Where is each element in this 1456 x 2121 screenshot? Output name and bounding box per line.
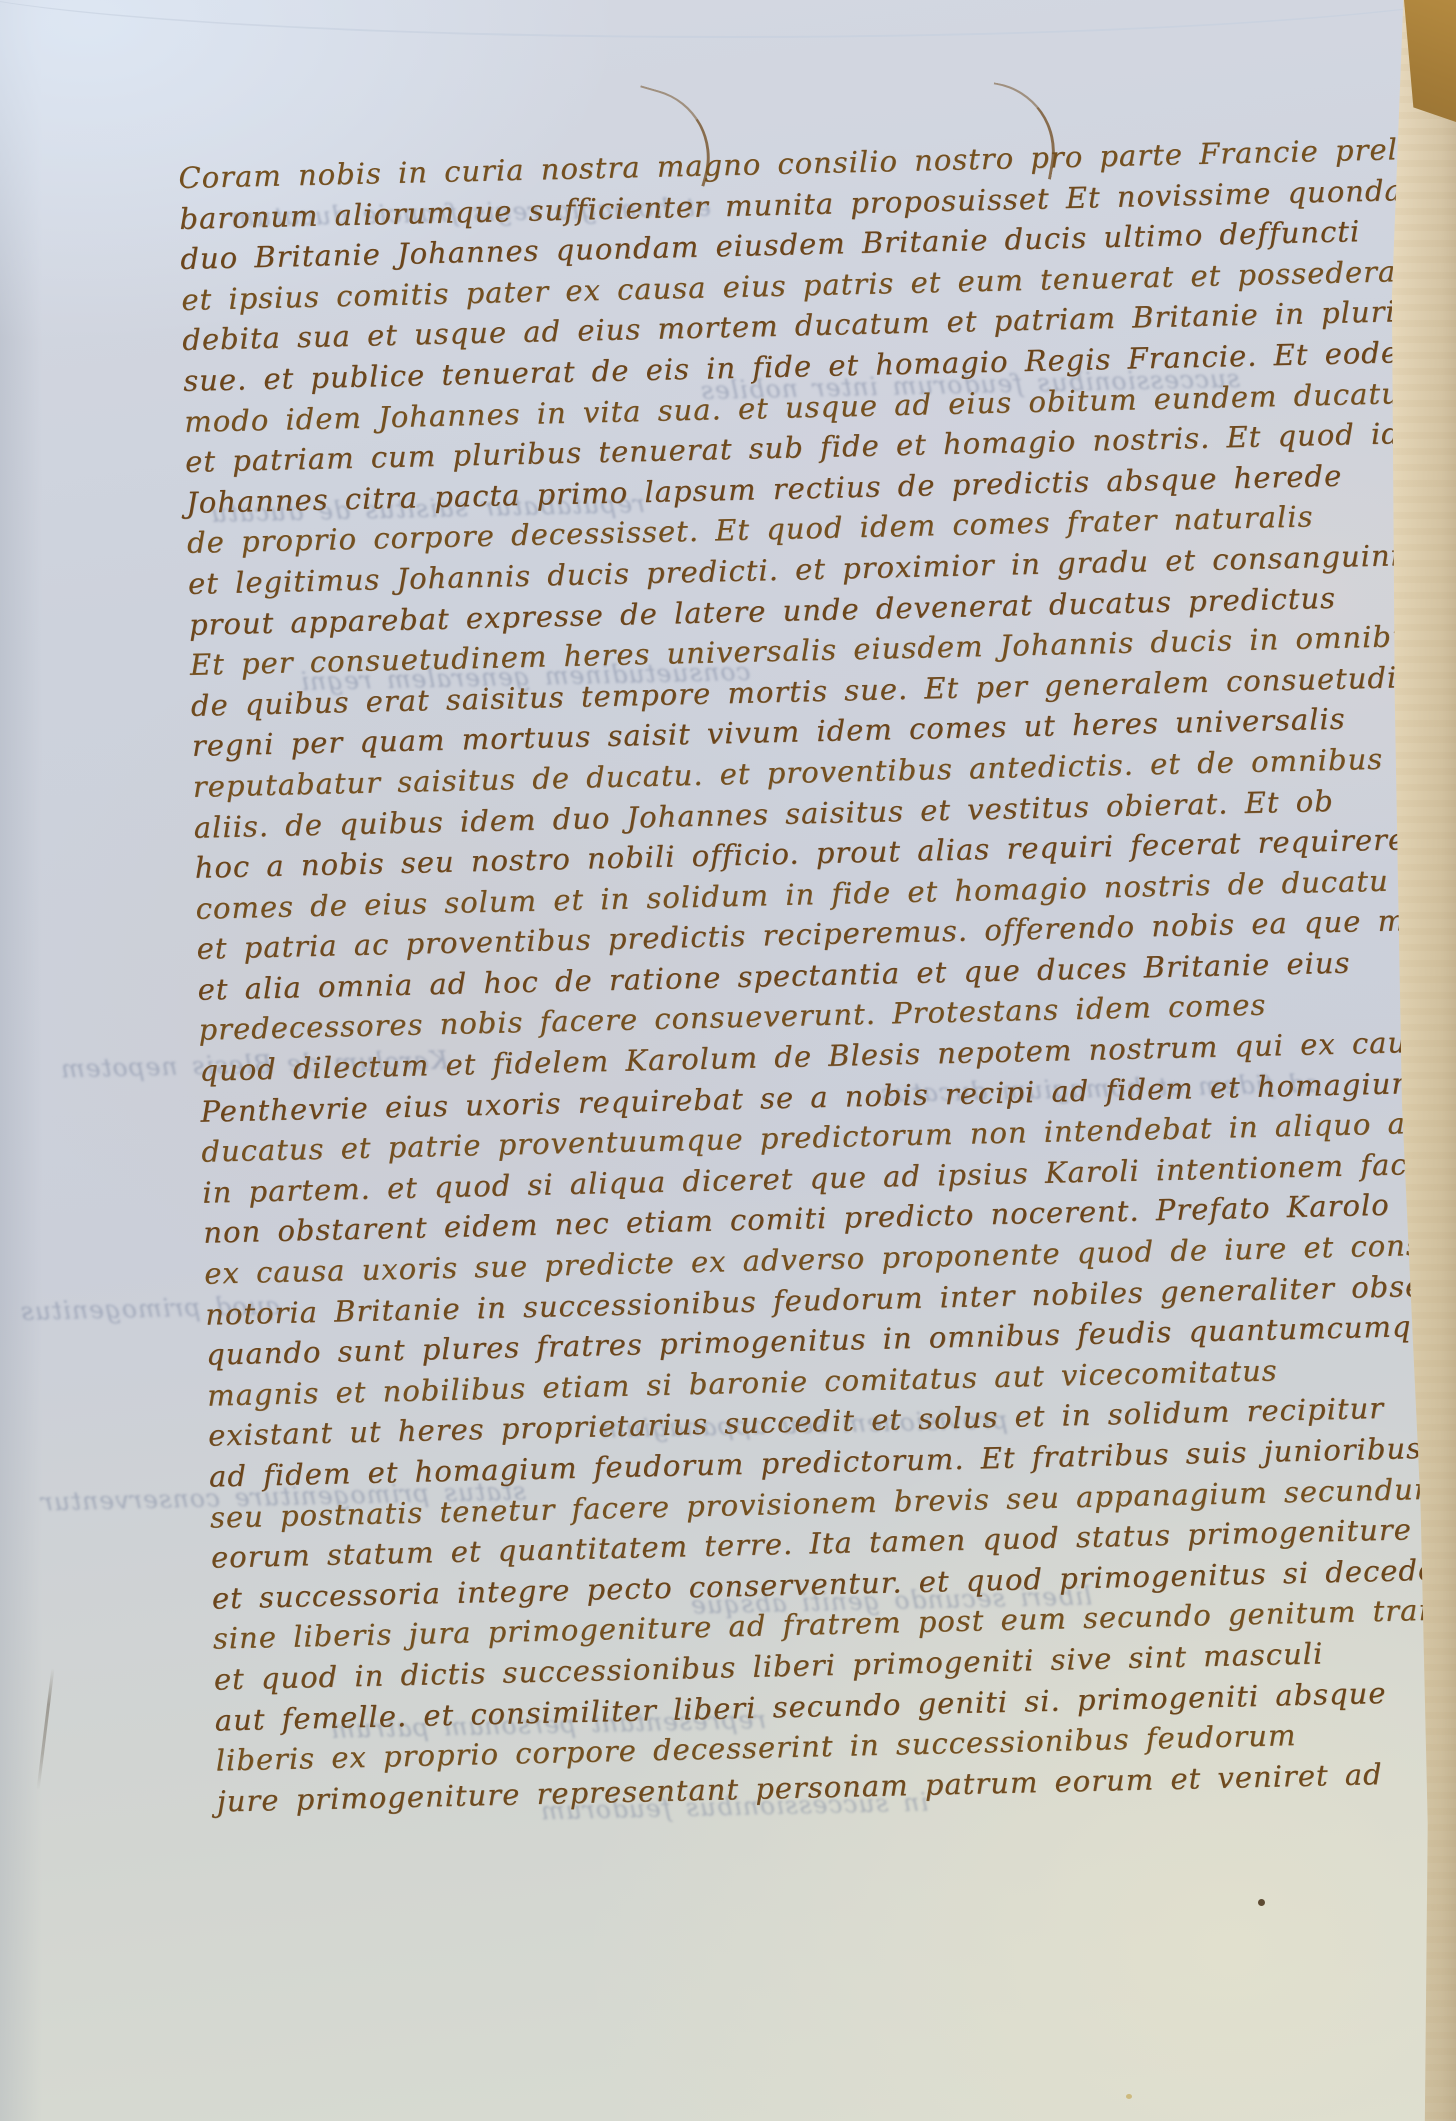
board-corner bbox=[1404, 0, 1456, 122]
parchment-speck bbox=[1126, 2094, 1132, 2099]
text-block: Coram nobis in curia nostra magno consil… bbox=[178, 128, 1456, 1822]
manuscript-photo: et homagio regis francie ducatum success… bbox=[0, 0, 1456, 2121]
ink-dot bbox=[1258, 1899, 1265, 1906]
parchment-page: et homagio regis francie ducatum success… bbox=[0, 0, 1432, 2121]
